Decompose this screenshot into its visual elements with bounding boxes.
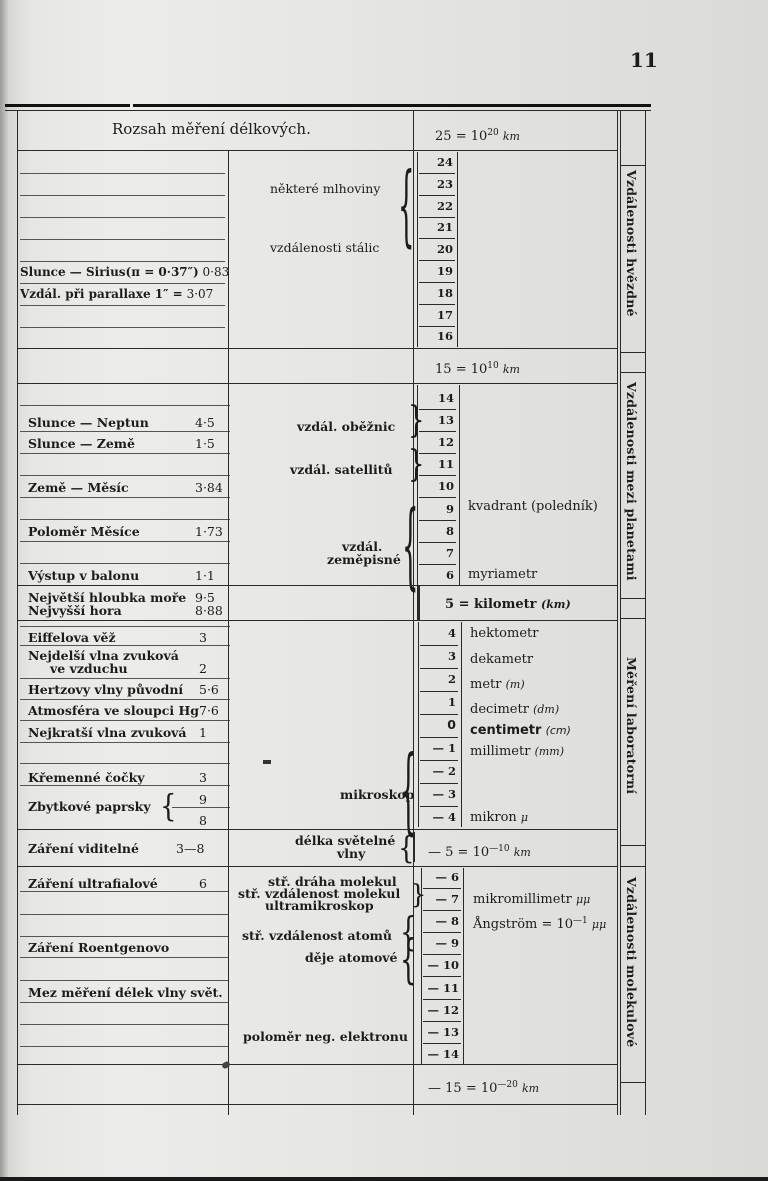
scale-rule: [419, 409, 456, 410]
scale-rule: [420, 737, 458, 738]
example-atmosfera: Atmosféra ve sloupci Hg: [28, 704, 199, 718]
example-neptun-value: 4·5: [195, 416, 215, 430]
phenomenon-elektron: poloměr neg. elektronu: [243, 1030, 408, 1044]
scale-rule: [423, 1043, 461, 1044]
example-balon-value: 1·1: [195, 569, 215, 583]
scale-rule: [419, 238, 455, 239]
brace: }: [408, 403, 425, 439]
scale-number: — 13: [421, 1025, 459, 1039]
unit-decimetr: decimetr (dm): [470, 703, 559, 717]
scale-inner-right: [459, 385, 460, 585]
col-divider-section-left2: [620, 110, 621, 1115]
row-rule: [20, 957, 228, 958]
phenomenon-deje-atomove: děje atomové: [305, 951, 398, 965]
row-rule: [20, 519, 230, 520]
example-eiffel-value: 3: [199, 631, 207, 645]
scale-number: — 3: [418, 787, 456, 801]
example-zbytkove-value2: 8: [199, 814, 207, 828]
row-rule: [20, 678, 230, 679]
example-mesic-value: 3·84: [195, 481, 223, 495]
example-sirius: Slunce — Sirius(π = 0·37″) 0·83: [20, 265, 229, 279]
example-cocky-value: 3: [199, 771, 207, 785]
example-hora-value: 8·88: [195, 604, 223, 618]
example-zvuk-nejdelsi-value: 2: [199, 662, 207, 676]
scale-number: 2: [418, 672, 456, 686]
row-rule: [20, 497, 230, 498]
scale-rule: [423, 954, 461, 955]
phenomenon-mlhoviny: některé mlhoviny: [270, 182, 380, 196]
scale-number: 24: [417, 155, 453, 169]
band-rule: [17, 348, 617, 349]
unit-hektometr: hektometr: [470, 627, 538, 641]
scale-rule: [419, 497, 456, 498]
example-hora: Nejvyšší hora: [28, 604, 122, 618]
scale-number: — 6: [421, 870, 459, 884]
page-edge-shadow: [0, 0, 8, 1181]
band-rule: [17, 585, 617, 586]
brace: }: [408, 447, 425, 483]
scale-rule: [419, 542, 456, 543]
scale-number: 20: [417, 242, 453, 256]
scale-number: — 10: [421, 958, 459, 972]
scale-number: 21: [417, 220, 453, 234]
unit-mikromillimetr: mikromillimetr μμ: [473, 893, 590, 907]
example-neptun: Slunce — Neptun: [28, 416, 149, 430]
unit-angstrom: Ångström = 10—1 μμ: [473, 914, 606, 932]
row-rule: [20, 453, 230, 454]
brace: {: [398, 164, 415, 252]
header-bottom-rule: [17, 150, 617, 151]
scale-number: — 1: [418, 741, 456, 755]
example-ultrafialove: Záření ultrafialové: [28, 877, 158, 891]
phenomenon-stalice: vzdálenosti stálic: [270, 241, 379, 255]
scale-inner-right: [457, 152, 458, 347]
example-balon: Výstup v balonu: [28, 569, 139, 583]
row-rule: [20, 626, 230, 627]
scale-number: — 7: [421, 892, 459, 906]
scale-number: — 9: [421, 936, 459, 950]
scale-number: — 4: [418, 810, 456, 824]
scale-rule: [419, 475, 456, 476]
row-rule: [20, 914, 228, 915]
example-zeme: Slunce — Země: [28, 437, 135, 451]
band-rule: [17, 383, 617, 384]
row-rule: [20, 891, 228, 892]
example-atmosfera-value: 7·6: [199, 704, 219, 718]
scale-number: 18: [417, 286, 453, 300]
phenomenon-ultramikroskop: ultramikroskop: [265, 899, 374, 913]
example-hertz-value: 5·6: [199, 683, 219, 697]
scale-rule: [423, 932, 461, 933]
scale-number: 17: [417, 308, 453, 322]
row-rule: [20, 405, 230, 406]
example-cocky: Křemenné čočky: [28, 771, 145, 785]
unit-centimetr: centimetr (cm): [470, 724, 571, 738]
scale-number: — 8: [421, 914, 459, 928]
section-stellar: Vzdálenosti hvězdné: [624, 170, 639, 317]
unit-metr: metr (m): [470, 678, 525, 692]
scale-rule: [419, 282, 455, 283]
scale-band-25: 25 = 1020 km: [435, 126, 520, 144]
scale-rule: [419, 431, 456, 432]
unit-kvadrant: kvadrant (poledník): [468, 500, 598, 514]
scale-rule: [419, 326, 455, 327]
unit-mikron: mikron μ: [470, 811, 528, 825]
phenomenon-satellity: vzdál. satellitů: [290, 463, 393, 477]
row-rule: [20, 1002, 228, 1003]
scale-band-15: 15 = 1010 km: [435, 359, 520, 377]
scale-number: — 11: [421, 981, 459, 995]
unit-dekametr: dekametr: [470, 653, 533, 667]
row-rule: [20, 936, 228, 937]
top-rule-thin: [5, 110, 651, 111]
scale-number: 9: [417, 502, 454, 516]
scale-rule: [419, 564, 456, 565]
row-rule: [20, 563, 230, 564]
unit-millimetr: millimetr (mm): [470, 745, 564, 759]
example-polomer-mesice-value: 1·73: [195, 525, 223, 539]
row-rule: [20, 305, 225, 306]
scale-rule: [420, 760, 458, 761]
col-divider-examples: [228, 150, 229, 1115]
ink-mark: [263, 760, 271, 764]
scale-rule: [419, 195, 455, 196]
example-zbytkove: Zbytkové paprsky: [28, 800, 151, 814]
example-zbytkove-value: 9: [199, 793, 207, 807]
page-number: 11: [630, 48, 658, 72]
band-bar: [413, 832, 415, 862]
row-rule: [20, 431, 230, 432]
page-bottom-edge: [0, 1177, 768, 1181]
row-rule: [20, 645, 230, 646]
section-tick: [620, 866, 645, 867]
scale-number: — 12: [421, 1003, 459, 1017]
example-mesic: Země — Měsíc: [28, 481, 129, 495]
scale-number: 3: [418, 649, 456, 663]
top-rule-right: [133, 104, 651, 107]
scale-number: — 14: [421, 1047, 459, 1061]
example-viditelne: Záření viditelné: [28, 842, 139, 856]
section-tick: [620, 598, 645, 599]
example-zvuk-nejdelsi-2: ve vzduchu: [50, 662, 128, 676]
top-rule-left: [5, 104, 130, 107]
scale-rule: [419, 260, 455, 261]
phenomenon-zemepisne-2: zeměpisné: [327, 553, 401, 567]
row-rule: [20, 475, 230, 476]
scale-number: 7: [417, 546, 454, 560]
scale-inner-right: [463, 868, 464, 1064]
row-rule: [172, 807, 230, 808]
row-rule: [20, 763, 230, 764]
scale-rule: [420, 668, 458, 669]
brace: {: [402, 501, 419, 595]
scale-rule: [420, 806, 458, 807]
section-laboratory: Měření laboratorní: [624, 657, 639, 794]
left-border: [17, 110, 18, 1115]
col-divider-section-left: [617, 110, 618, 1115]
unit-myriametr: myriametr: [468, 568, 537, 582]
row-rule: [20, 541, 230, 542]
section-tick: [620, 352, 645, 353]
row-rule: [20, 1046, 228, 1047]
scale-inner-right: [461, 622, 462, 827]
section-tick: [620, 1082, 645, 1083]
row-rule: [20, 785, 230, 786]
scale-rule: [420, 691, 458, 692]
scale-rule: [423, 999, 461, 1000]
section-tick: [620, 618, 645, 619]
scale-number: 1: [418, 695, 456, 709]
brace: {: [400, 746, 417, 840]
example-zeme-value: 1·5: [195, 437, 215, 451]
scale-rule: [420, 645, 458, 646]
scale-rule: [419, 304, 455, 305]
band-rule: [17, 866, 617, 867]
row-rule: [20, 239, 225, 240]
scale-number: 4: [418, 626, 456, 640]
row-rule: [20, 261, 225, 262]
scale-number: 8: [417, 524, 454, 538]
scale-number: 16: [417, 329, 453, 343]
row-rule: [20, 283, 225, 284]
row-rule: [20, 327, 225, 328]
band-rule: [17, 620, 617, 621]
section-planetary: Vzdálenosti mezi planetami: [624, 382, 639, 581]
scale-number: 6: [417, 568, 454, 582]
table-title: Rozsah měření délkových.: [112, 122, 311, 136]
example-zvuk-nejkratsi: Nejkratší vlna zvuková: [28, 726, 187, 740]
row-rule: [20, 195, 225, 196]
band-bar: [417, 585, 420, 620]
section-tick: [620, 845, 645, 846]
scale-rule: [419, 520, 456, 521]
scale-band-minus5: — 5 = 10—10 km: [428, 842, 531, 860]
band-rule: [17, 1064, 617, 1065]
scale-number: 23: [417, 177, 453, 191]
phenomenon-vzdalenost-atomu: stř. vzdálenost atomů: [242, 929, 392, 943]
row-rule: [20, 173, 225, 174]
scale-number: — 2: [418, 764, 456, 778]
ink-blot: [221, 1060, 231, 1069]
example-roentgen: Záření Roentgenovo: [28, 941, 169, 955]
row-rule: [20, 742, 230, 743]
phenomenon-svetelne-2: vlny: [337, 847, 365, 861]
scale-band-minus15: — 15 = 10—20 km: [428, 1078, 539, 1096]
example-mez: Mez měření délek vlny svět.: [28, 986, 223, 1000]
band-rule: [17, 829, 617, 830]
example-viditelne-value: 3—8: [176, 842, 204, 856]
example-ultrafialove-value: 6: [199, 877, 207, 891]
scale-rule: [420, 783, 458, 784]
scale-number: 19: [417, 264, 453, 278]
example-zvuk-nejkratsi-value: 1: [199, 726, 207, 740]
scale-rule: [423, 888, 461, 889]
example-polomer-mesice: Poloměr Měsíce: [28, 525, 140, 539]
phenomenon-obeznice: vzdál. oběžnic: [297, 420, 395, 434]
scale-rule: [423, 910, 461, 911]
table-bottom-rule: [17, 1104, 617, 1105]
brace: {: [400, 935, 417, 987]
row-rule: [20, 699, 230, 700]
example-hertz: Hertzovy vlny původní: [28, 683, 183, 697]
section-tick: [620, 165, 645, 166]
row-rule: [20, 720, 230, 721]
scale-rule: [423, 976, 461, 977]
scale-rule: [419, 173, 455, 174]
scale-number: 22: [417, 199, 453, 213]
row-rule: [20, 980, 228, 981]
scale-rule: [419, 453, 456, 454]
scale-rule: [420, 714, 458, 715]
section-tick: [620, 372, 645, 373]
row-rule: [20, 1024, 228, 1025]
scale-rule: [419, 217, 455, 218]
example-eiffel: Eiffelova věž: [28, 631, 116, 645]
scale-band-5: 5 = kilometr (km): [445, 597, 571, 612]
section-molecular: Vzdálenosti molekulové: [624, 877, 639, 1047]
scale-number: 0: [418, 718, 456, 732]
brace: }: [410, 882, 427, 908]
right-border: [645, 110, 646, 1115]
row-rule: [20, 217, 225, 218]
example-parallax: Vzdál. při parallaxe 1″ = 3·07: [20, 287, 213, 301]
scale-rule: [423, 1021, 461, 1022]
